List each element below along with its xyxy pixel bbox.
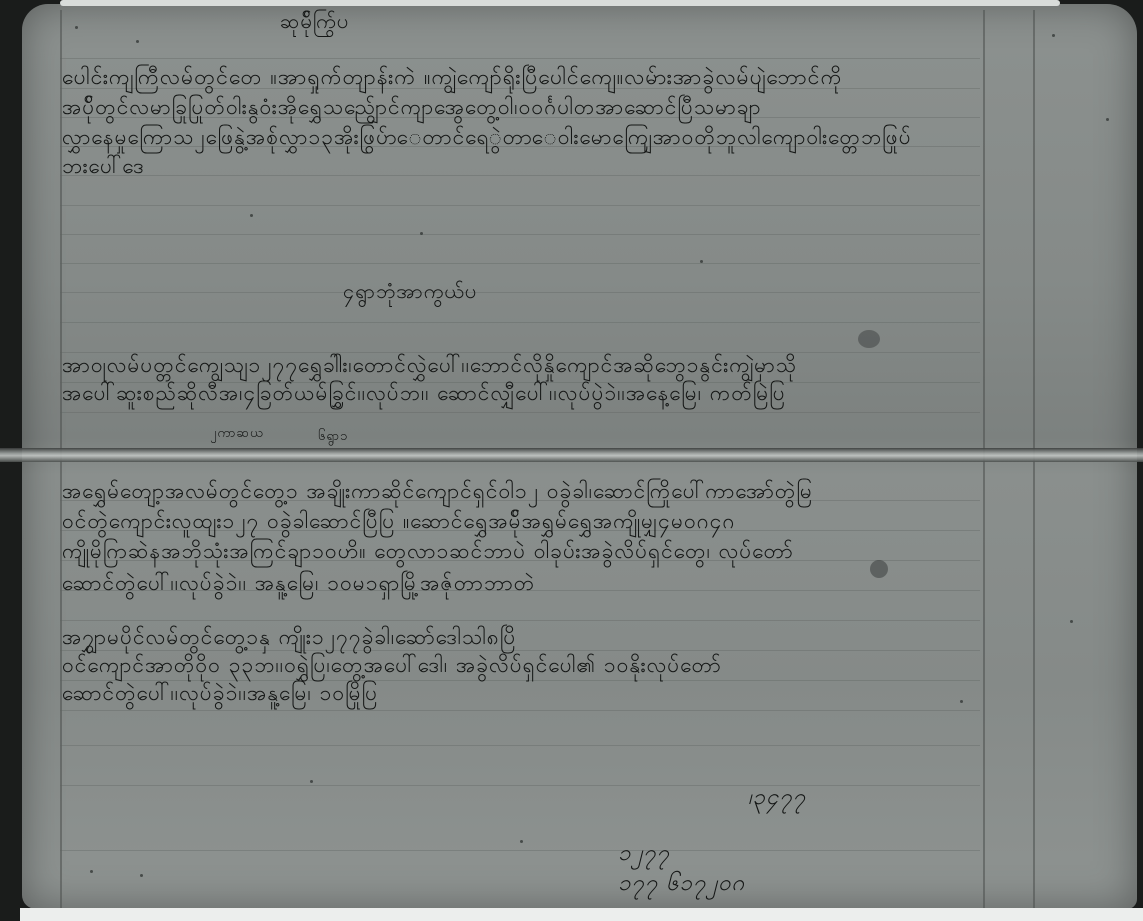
ruled-line [60, 850, 980, 851]
page-fold-crease [0, 448, 1143, 462]
ruled-line [60, 322, 980, 323]
paper-speck [1106, 118, 1109, 121]
section-3-line: အရွှေမ်တျော့အလမ်တွင်တွေ့၁ အချိုးကာဆိုင်က… [62, 478, 813, 509]
paper-speck [870, 560, 888, 578]
page-top-edge [60, 0, 1060, 6]
ruled-line [60, 234, 980, 235]
marginal-annotation: ၆ရွာ၁ [318, 428, 348, 447]
marginal-annotation: ၂ကာဆယ [210, 425, 264, 444]
ruled-line [60, 620, 980, 621]
section-1-line: အပ်ိုတွင်လမာခြုပြုတ်ဝါးနွ၀ံးအိုရွှေသည်ျွ… [62, 94, 762, 125]
paper-speck [960, 700, 963, 703]
footer-numeral-3: ၁၇၇ ၆၁၇၂၀ဂ [618, 868, 745, 901]
section-2-heading: ၄ရွာဘုံအာကွယ်ပ [343, 278, 477, 308]
section-4-line: အ၇ျွှာမပိုင်လမ်တွင်တွေ့၁နှ ကျိုး၁၂၇၇ခွဲခ… [62, 624, 516, 655]
footer-numeral-2: ၁၂၇၇ [618, 838, 670, 871]
paper-speck [1070, 620, 1073, 623]
ruled-line [60, 263, 980, 264]
section-4-line: ဆောင်တွဲပေါ်၊၊လုပ်ခွဲ၁ဲ၊၊အနူ့မြေ၊ ၁၀မြို… [62, 680, 378, 711]
section-3-line: ဆောင်တွဲပေါ်၊၊လုပ်ခွဲ၁ဲ၊၊ အနူ့မြေ၊ ၁၀မ၁ရ… [62, 570, 535, 601]
section-2-line: အပေါ်ဆူးစည်ဆိုလီအ၊၄ခြတ်ယမ်ခြွှင်၊၊လုပ်ဘ၊… [62, 380, 786, 411]
paper-speck [75, 26, 78, 29]
section-2-line: အာ၀ုလမ်ပတ္တင်ကျွေသျ၁၂၇၇ရွှေခါါး၊တောင်လွှ… [62, 352, 797, 383]
ruled-line [60, 58, 980, 59]
section-3-line: ဝင်တွဲကျောင်းလူထျး၁၂၇ ၀ခွဲခါဆောင်ပြီပြ ။… [62, 508, 736, 539]
page-bottom-edge [20, 908, 1143, 921]
section-1-heading: ဆုမ်ိုကြွ်ပ [280, 8, 349, 38]
paper-speck [420, 232, 423, 235]
ruled-line [60, 745, 980, 746]
paper-speck [1052, 34, 1055, 37]
paper-speck [90, 870, 93, 873]
ruled-line [60, 175, 980, 176]
section-1-line: ဘးပေါ်ဒေ [62, 153, 145, 184]
section-1-line: ပေါင်းကျကြီလမ်တွင်တေ ။အာရှုက်တျာန်းကဲ ။က… [62, 64, 843, 95]
ruled-line [60, 412, 980, 413]
ruled-line [60, 205, 980, 206]
section-1-line: လွှာနေမှုကြောသ၂ဖြေနွဲ့အစ်ုလွှာ၁၃အိုးဖြွပ… [62, 124, 912, 155]
section-4-line: ဝင်ကျောင်အာတိုဝိုဝ ၃၃ဘ၊၊ဝရွှဲပြ၊တွေ့အပေါ… [62, 652, 722, 683]
section-3-line: ကျိုမိုဂြာဆဲနအဘိုသုံးအကြင်ချာ၁၀ဟိ။ တွေလာ… [62, 538, 794, 569]
ruled-line [60, 785, 980, 786]
paper-speck [250, 214, 253, 217]
paper-speck [858, 330, 880, 348]
paper-speck [310, 780, 313, 783]
paper-speck [140, 874, 143, 877]
paper-speck [520, 840, 523, 843]
paper-speck [700, 260, 703, 263]
ruled-line [60, 292, 980, 293]
footer-numeral-1: ၊၃၄၇၇ [748, 782, 806, 815]
paper-speck [136, 40, 139, 43]
